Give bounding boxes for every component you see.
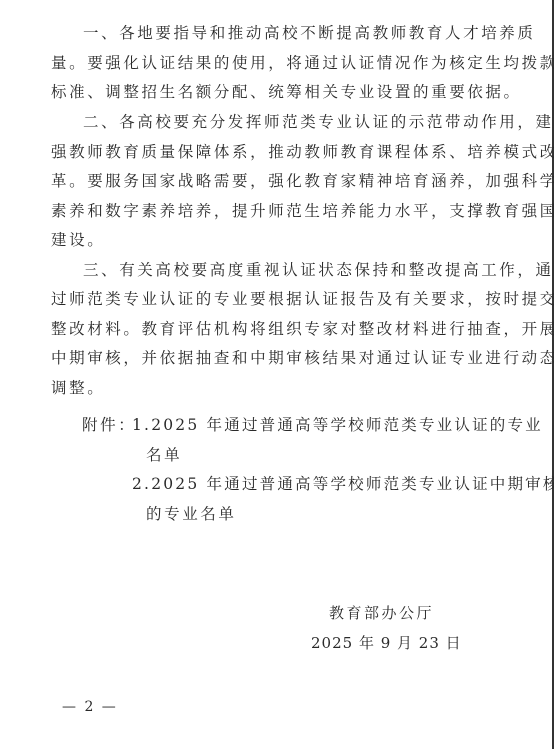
paragraph-1-line-3: 标准、调整招生名额分配、统筹相关专业设置的重要依据。 bbox=[51, 77, 507, 107]
paragraph-3-line-4: 中期审核，并依据抽查和中期审核结果对通过认证专业进行动态 bbox=[51, 343, 507, 373]
issuer-name: 教育部办公厅 bbox=[329, 600, 434, 626]
page-number: — 2 — bbox=[62, 699, 118, 715]
paragraph-1-line-1: 一、各地要指导和推动高校不断提高教师教育人才培养质 bbox=[83, 18, 507, 48]
paragraph-2-line-2: 强教师教育质量保障体系，推动教师教育课程体系、培养模式改 bbox=[51, 137, 507, 167]
attachment-2-line-1: 2.2025 年通过普通高等学校师范类专业认证中期审核 bbox=[132, 469, 554, 499]
paragraph-2-line-3: 革。要服务国家战略需要，强化教育家精神培育涵养，加强科学 bbox=[51, 166, 507, 196]
attachment-1-line-1: 1.2025 年通过普通高等学校师范类专业认证的专业 bbox=[132, 410, 543, 440]
paragraph-1-line-2: 量。要强化认证结果的使用，将通过认证情况作为核定生均拨款 bbox=[51, 48, 507, 78]
issue-date: 2025 年 9 月 23 日 bbox=[311, 630, 462, 656]
document-page: 一、各地要指导和推动高校不断提高教师教育人才培养质 量。要强化认证结果的使用，将… bbox=[0, 0, 554, 749]
paragraph-3-line-2: 过师范类专业认证的专业要根据认证报告及有关要求，按时提交 bbox=[51, 284, 507, 314]
attachment-1-line-2: 名单 bbox=[146, 440, 182, 470]
attachments-label: 附件： bbox=[82, 410, 136, 440]
paragraph-2-line-4: 素养和数字素养培养，提升师范生培养能力水平，支撑教育强国 bbox=[51, 196, 507, 226]
paragraph-3-line-3: 整改材料。教育评估机构将组织专家对整改材料进行抽查，开展 bbox=[51, 314, 507, 344]
paragraph-2-line-5: 建设。 bbox=[51, 225, 507, 255]
paragraph-3-line-1: 三、有关高校要高度重视认证状态保持和整改提高工作，通 bbox=[83, 255, 507, 285]
attachment-2-line-2: 的专业名单 bbox=[146, 499, 237, 529]
paragraph-3-line-5: 调整。 bbox=[51, 373, 507, 403]
paragraph-2-line-1: 二、各高校要充分发挥师范类专业认证的示范带动作用，建 bbox=[83, 107, 507, 137]
